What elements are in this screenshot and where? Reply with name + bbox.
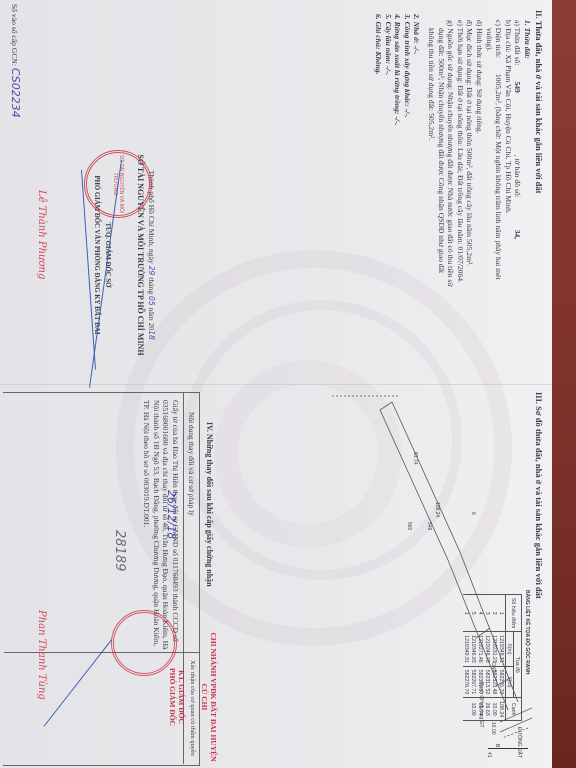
coord-cell-x: 1219271.46 [477,632,484,666]
col-edge: Cạnh [506,698,522,721]
coord-cell-pt: 1 [463,595,470,632]
year-label: năm 20 [147,308,156,331]
area-line: c) Diện tích: 1005,2m², (bằng chữ: Một n… [494,14,504,374]
coord-cell-edge: 10.00 [491,698,498,721]
coord-row: 41219271.46582301.5781.74 [477,595,484,721]
usage-term: e) Thời hạn sử dụng: Đất ở tại nông thôn… [455,14,465,374]
plot-label-sheet: 41 [486,752,492,758]
registry-value: CS02234 [9,68,22,118]
col-y: Y(m) [506,666,514,698]
coord-cell-y: 582301.57 [477,666,484,698]
land-heading: 1. Thửa đất: [522,14,532,374]
parcel-line: a) Thửa đất số: 549 , tờ bản đồ số: 34, [513,14,523,374]
col-point: Số hiệu điểm [506,595,522,632]
coord-cell-edge: 81.74 [477,698,484,721]
coord-cell-x: 1219349.31 [498,632,506,666]
plot-label-road-width: 16.00 [490,722,496,735]
plot-label-neighbor-bottom: 560 [406,522,412,531]
coord-cell-pt: 2 [491,595,498,632]
issuer-signer-name: Lê Thành Phương [36,190,47,279]
section-ii-title: II. Thửa đất, nhà ở và tài sản khác gắn … [534,10,544,193]
registry-number: Số vào sổ cấp GCN: CS02234 [9,4,22,118]
coord-row: 11219349.31582276.70108.24 [498,595,506,721]
usage-form: d) Hình thức sử dụng: Sử dụng riêng. [474,14,484,374]
coord-cell-edge: 108.24 [498,698,506,721]
north-arrow-icon [488,748,528,749]
issue-day: 29 [147,266,156,276]
section-iv: IV. Những thay đổi sau khi cấp giấy chứn… [2,392,222,764]
branch-name: CHI NHÁNH VPĐK ĐẤT ĐAI HUYỆN CỦ CHI [200,632,218,762]
table-surface-background [548,0,576,768]
north-label: B [494,744,500,747]
coord-cell-edge: 26.63 [484,698,491,721]
section-iii-title: III. Sơ đồ thửa đất, nhà ở và tài sản kh… [534,392,544,599]
month-label: tháng [147,277,156,294]
branch-stamp-icon [111,610,177,676]
coord-cell-y: 582267.71 [470,666,477,698]
issue-month: 05 [147,296,156,306]
col-x: X(m) [506,632,514,666]
parcel-number: 549 [513,81,522,92]
coord-cell-x: 1219231.23 [491,632,498,666]
coord-cell-y: 582276.70 [463,666,470,698]
branch-signer-name: Phan Thanh Tùng [36,610,47,700]
map-sheet-number: 34, [513,230,522,240]
issue-year: 18 [147,330,156,340]
coord-row: 51219346.93582267.7110.00 [470,595,477,721]
plot-label-edge-a: 81.74 [412,452,418,465]
section-iv-title: IV. Những thay đổi sau khi cấp giấy chứn… [205,422,214,587]
notes-line: 6. Ghi chú: Không. [374,14,384,374]
usage-origin: g) Nguồn gốc sử dụng: Nhận chuyển nhượng… [446,14,456,374]
plot-label-road: ĐƯỜNG ĐẤT [516,727,523,758]
col-coord: Tọa độ [514,632,522,698]
plot-label-parcel: 549 [426,522,432,531]
forest-line: 4. Rừng sản xuất là rừng trồng: -/-. [393,14,403,374]
registry-label: Số vào sổ cấp GCN: [10,4,19,66]
coord-cell-x: 1219349.31 [463,632,470,666]
area-label: c) Diện tích: [494,20,503,58]
coord-cell-x: 1219246.78 [484,632,491,666]
plot-label-edge-b: 108.24 [434,502,440,518]
usage-origin-cont2: không thu tiền sử dụng đất: 505,2m². [426,14,436,374]
area-value: 1005,2m², (bằng chữ: Một nghìn không tră… [494,74,503,280]
coord-cell-pt: 1 [498,595,506,632]
coord-cell-pt: 3 [484,595,491,632]
coord-table-title: BẢNG LIỆT KÊ TỌA ĐỘ GÓC RANH [524,590,530,675]
branch-role: KT. GIÁM ĐỐC [177,632,186,762]
coord-cell-y: 582323.48 [491,666,498,698]
coord-cell-y: 582313.52 [484,666,491,698]
usage-origin-cont1: dụng đất: 500m²; Nhận chuyển nhượng đất … [436,14,446,374]
coord-cell-pt: 4 [477,595,484,632]
map-sheet-label: , tờ bản đồ số: [513,155,522,198]
other-works-line: 3. Công trình xây dựng khác: -/-. [402,14,412,374]
certificate-page: II. Thửa đất, nhà ở và tài sản khác gắn … [0,0,552,768]
house-line: 2. Nhà ở: -/-. [412,14,422,374]
coord-cell-y: 582276.70 [498,666,506,698]
address-line: b) Địa chỉ: Xã Phạm Văn Cội, Huyện Củ Ch… [503,14,513,374]
coord-row: 11219349.31582276.70 [463,595,470,721]
usage-purpose: đ) Mục đích sử dụng: Đất ở tại nông thôn… [465,14,475,374]
coord-cell-edge: 10.00 [470,698,477,721]
coord-row: 21219231.23582323.4810.00 [491,595,498,721]
perennial-line: 5. Cây lâu năm: -/-. [383,14,393,374]
coord-cell-x: 1219346.93 [470,632,477,666]
area-cont: vuông). [484,14,494,374]
page-fold [0,384,552,385]
coord-cell-pt: 5 [470,595,477,632]
coord-table: Số hiệu điểm Tọa độ Cạnh X(m) Y(m) 11219… [463,594,522,721]
plot-label-neighbor-top: 6 [470,512,476,515]
parcel-label: a) Thửa đất số: [513,20,522,66]
col-change-content: Nội dung thay đổi và cơ sở pháp lý [187,412,196,516]
coord-cell-edge [463,698,470,721]
coord-row: 31219246.78582313.5226.63 [484,595,491,721]
section-ii-content: 1. Thửa đất: a) Thửa đất số: 549 , tờ bả… [374,14,533,374]
